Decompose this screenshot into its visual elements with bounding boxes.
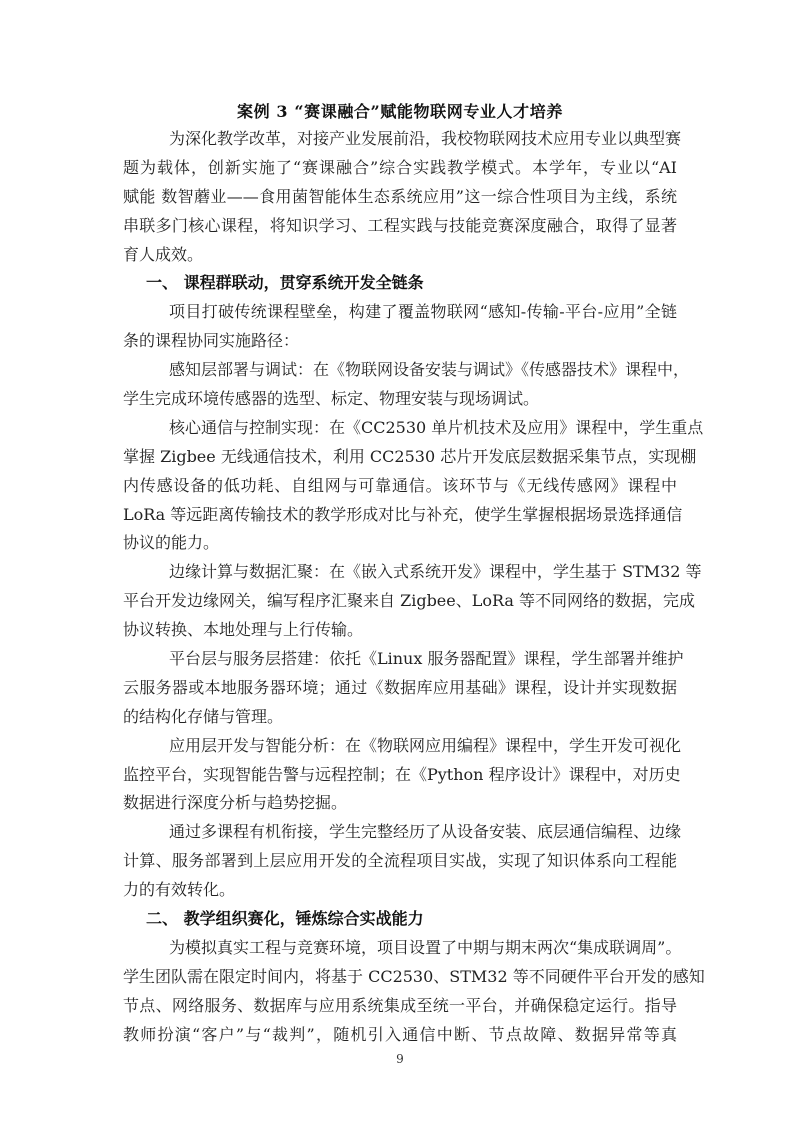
text-line: 监控平台，实现智能告警与远程控制；在《Python 程序设计》课程中，对历史 xyxy=(123,761,677,790)
text-line: 掌握 Zigbee 无线通信技术，利用 CC2530 芯片开发底层数据采集节点，… xyxy=(123,443,677,472)
section-heading-2: 二、 教学组织赛化，锤炼综合实战能力 xyxy=(123,905,677,934)
text-line: 为深化教学改革，对接产业发展前沿，我校物联网技术应用专业以典型赛 xyxy=(123,125,677,154)
body-paragraph: 平台层与服务层搭建：依托《Linux 服务器配置》课程，学生部署并维护 云服务器… xyxy=(123,645,677,732)
body-paragraph: 核心通信与控制实现：在《CC2530 单片机技术及应用》课程中，学生重点 掌握 … xyxy=(123,414,677,558)
text-line: 内传感设备的低功耗、自组网与可靠通信。该环节与《无线传感网》课程中 xyxy=(123,472,677,501)
text-line: 的结构化存储与管理。 xyxy=(123,703,677,732)
text-line: 学生团队需在限定时间内，将基于 CC2530、STM32 等不同硬件平台开发的感… xyxy=(123,963,677,992)
text-line: 为模拟真实工程与竞赛环境，项目设置了中期与期末两次“集成联调周”。 xyxy=(123,934,677,963)
text-line: 条的课程协同实施路径： xyxy=(123,327,677,356)
text-line: 应用层开发与智能分析：在《物联网应用编程》课程中，学生开发可视化 xyxy=(123,732,677,761)
case-title: 案例 3 “赛课融合”赋能物联网专业人才培养 xyxy=(123,98,677,125)
document-body: 案例 3 “赛课融合”赋能物联网专业人才培养 为深化教学改革，对接产业发展前沿，… xyxy=(123,98,677,1050)
body-paragraph: 项目打破传统课程壁垒，构建了覆盖物联网“感知-传输-平台-应用”全链 条的课程协… xyxy=(123,298,677,356)
text-line: LoRa 等远距离传输技术的教学形成对比与补充，使学生掌握根据场景选择通信 xyxy=(123,501,677,530)
text-line: 赋能 数智蘑业——食用菌智能体生态系统应用”这一综合性项目为主线，系统 xyxy=(123,183,677,212)
text-line: 核心通信与控制实现：在《CC2530 单片机技术及应用》课程中，学生重点 xyxy=(123,414,677,443)
text-line: 数据进行深度分析与趋势挖掘。 xyxy=(123,789,677,818)
page-number: 9 xyxy=(0,1052,800,1066)
body-paragraph: 边缘计算与数据汇聚：在《嵌入式系统开发》课程中，学生基于 STM32 等 平台开… xyxy=(123,558,677,645)
text-line: 云服务器或本地服务器环境；通过《数据库应用基础》课程，设计并实现数据 xyxy=(123,674,677,703)
text-line: 教师扮演“客户”与“裁判”，随机引入通信中断、节点故障、数据异常等真 xyxy=(123,1021,677,1050)
text-line: 协议的能力。 xyxy=(123,529,677,558)
intro-paragraph: 为深化教学改革，对接产业发展前沿，我校物联网技术应用专业以典型赛 题为载体，创新… xyxy=(123,125,677,269)
body-paragraph: 通过多课程有机衔接，学生完整经历了从设备安装、底层通信编程、边缘 计算、服务部署… xyxy=(123,818,677,905)
text-line: 学生完成环境传感器的选型、标定、物理安装与现场调试。 xyxy=(123,385,677,414)
text-line: 串联多门核心课程，将知识学习、工程实践与技能竞赛深度融合，取得了显著 xyxy=(123,212,677,241)
text-line: 项目打破传统课程壁垒，构建了覆盖物联网“感知-传输-平台-应用”全链 xyxy=(123,298,677,327)
body-paragraph: 感知层部署与调试：在《物联网设备安装与调试》《传感器技术》课程中， 学生完成环境… xyxy=(123,356,677,414)
text-line: 计算、服务部署到上层应用开发的全流程项目实战，实现了知识体系向工程能 xyxy=(123,847,677,876)
section-heading-1: 一、 课程群联动，贯穿系统开发全链条 xyxy=(123,269,677,298)
text-line: 平台层与服务层搭建：依托《Linux 服务器配置》课程，学生部署并维护 xyxy=(123,645,677,674)
text-line: 通过多课程有机衔接，学生完整经历了从设备安装、底层通信编程、边缘 xyxy=(123,818,677,847)
text-line: 题为载体，创新实施了“赛课融合”综合实践教学模式。本学年，专业以“AI xyxy=(123,154,677,183)
document-page: 案例 3 “赛课融合”赋能物联网专业人才培养 为深化教学改革，对接产业发展前沿，… xyxy=(0,0,800,1130)
text-line: 平台开发边缘网关，编写程序汇聚来自 Zigbee、LoRa 等不同网络的数据，完… xyxy=(123,587,677,616)
text-line: 感知层部署与调试：在《物联网设备安装与调试》《传感器技术》课程中， xyxy=(123,356,677,385)
text-line: 协议转换、本地处理与上行传输。 xyxy=(123,616,677,645)
text-line: 育人成效。 xyxy=(123,241,677,270)
text-line: 力的有效转化。 xyxy=(123,876,677,905)
body-paragraph: 应用层开发与智能分析：在《物联网应用编程》课程中，学生开发可视化 监控平台，实现… xyxy=(123,732,677,819)
text-line: 节点、网络服务、数据库与应用系统集成至统一平台，并确保稳定运行。指导 xyxy=(123,992,677,1021)
body-paragraph: 为模拟真实工程与竞赛环境，项目设置了中期与期末两次“集成联调周”。 学生团队需在… xyxy=(123,934,677,1050)
text-line: 边缘计算与数据汇聚：在《嵌入式系统开发》课程中，学生基于 STM32 等 xyxy=(123,558,677,587)
